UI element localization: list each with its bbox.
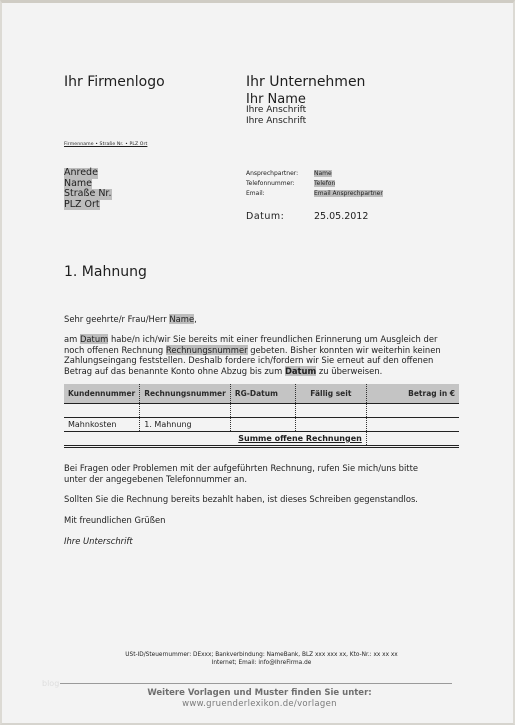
- contact-label: Telefonnummer:: [246, 179, 314, 189]
- para-text: unter der angegebenen Telefonnummer an.: [64, 474, 418, 485]
- footer-bank-details: USt-ID/Steuernummer: DExxx; Bankverbindu…: [64, 651, 459, 659]
- table-cell: [64, 432, 140, 447]
- table-cell: [140, 404, 231, 418]
- closing-phrase: Mit freundlichen Grüßen: [64, 515, 165, 525]
- contact-row: Telefonnummer:Telefon: [246, 179, 383, 189]
- date-value: 25.05.2012: [314, 211, 368, 222]
- salutation-name-placeholder: Name: [169, 314, 194, 324]
- document-footer: USt-ID/Steuernummer: DExxx; Bankverbindu…: [64, 651, 459, 667]
- table-cell: [295, 404, 366, 418]
- promo-url-link[interactable]: www.gruenderlexikon.de/vorlagen: [2, 699, 515, 709]
- table-sum-row: Summe offene Rechnungen: [64, 432, 459, 447]
- column-header-customer-number: Kundennummer: [64, 384, 140, 404]
- table-cell: [366, 404, 459, 418]
- already-paid-paragraph: Sollten Sie die Rechnung bereits bezahlt…: [64, 494, 418, 504]
- table-row: Mahnkosten 1. Mahnung: [64, 418, 459, 432]
- para-text: am: [64, 334, 80, 344]
- reminder-paragraph: am Datum habe/n ich/wir Sie bereits mit …: [64, 334, 441, 376]
- contact-value: Email Ansprechpartner: [314, 190, 383, 197]
- para-text: Bei Fragen oder Problemen mit der aufgef…: [64, 463, 418, 474]
- invoice-table: Kundennummer Rechnungsnummer RG-Datum Fä…: [64, 384, 459, 448]
- sender-address-line-2: Ihre Anschrift: [246, 116, 306, 126]
- contact-value: Telefon: [314, 180, 335, 187]
- date-label: Datum:: [246, 211, 314, 222]
- invoice-number-placeholder: Rechnungsnummer: [166, 345, 248, 355]
- company-name: Ihr Unternehmen: [246, 74, 365, 90]
- column-header-invoice-date: RG-Datum: [230, 384, 295, 404]
- column-header-invoice-number: Rechnungsnummer: [140, 384, 231, 404]
- table-cell: [230, 404, 295, 418]
- questions-paragraph: Bei Fragen oder Problemen mit der aufgef…: [64, 463, 418, 484]
- letter-title: 1. Mahnung: [64, 264, 147, 280]
- recipient-salutation: Anrede: [64, 168, 98, 179]
- sum-value: [366, 432, 459, 447]
- table-cell: [366, 418, 459, 432]
- contact-label: Email:: [246, 189, 314, 199]
- salutation-comma: ,: [194, 314, 197, 324]
- date-placeholder: Datum: [80, 334, 108, 344]
- company-logo-placeholder: Ihr Firmenlogo: [64, 74, 165, 90]
- letter-salutation: Sehr geehrte/r Frau/Herr Name,: [64, 314, 197, 324]
- para-text: habe/n ich/wir Sie bereits mit einer fre…: [108, 334, 437, 344]
- table-header-row: Kundennummer Rechnungsnummer RG-Datum Fä…: [64, 384, 459, 404]
- column-header-due-since: Fällig seit: [295, 384, 366, 404]
- sender-address-line-1: Ihre Anschrift: [246, 105, 306, 115]
- para-text: gebeten. Bisher konnten wir weiterhin ke…: [248, 345, 441, 355]
- footer-contact: Internet; Email: info@IhreFirma.de: [64, 659, 459, 667]
- contact-row: Ansprechpartner:Name: [246, 169, 383, 179]
- promo-headline: Weitere Vorlagen und Muster finden Sie u…: [2, 688, 515, 698]
- recipient-street: Straße Nr.: [64, 189, 112, 200]
- table-cell: [295, 418, 366, 432]
- document-page: Ihr Firmenlogo Ihr Unternehmen Ihr Name …: [0, 0, 515, 725]
- footer-divider: [60, 683, 452, 684]
- para-text: noch offenen Rechnung: [64, 345, 166, 355]
- recipient-city: PLZ Ort: [64, 200, 100, 211]
- salutation-text: Sehr geehrte/r Frau/Herr: [64, 314, 169, 324]
- table-cell: Mahnkosten: [64, 418, 140, 432]
- recipient-address: Anrede Name Straße Nr. PLZ Ort: [64, 168, 112, 210]
- para-text: Zahlungseingang feststellen. Deshalb for…: [64, 355, 433, 365]
- table-cell: [230, 418, 295, 432]
- sum-label: Summe offene Rechnungen: [140, 432, 367, 447]
- contact-row: Email:Email Ansprechpartner: [246, 189, 383, 199]
- contact-label: Ansprechpartner:: [246, 169, 314, 179]
- table-cell: [64, 404, 140, 418]
- contact-value: Name: [314, 170, 332, 177]
- para-text: Betrag auf das benannte Konto ohne Abzug…: [64, 366, 285, 376]
- date-row: Datum:25.05.2012: [246, 211, 368, 222]
- contact-block: Ansprechpartner:Name Telefonnummer:Telef…: [246, 169, 383, 199]
- signature-placeholder: Ihre Unterschrift: [64, 536, 133, 546]
- table-row: [64, 404, 459, 418]
- due-date-placeholder: Datum: [285, 366, 316, 376]
- blog-watermark: blog: [42, 679, 59, 688]
- sender-return-address: Firmenname • Straße Nr. • PLZ Ort: [64, 142, 147, 147]
- table-cell: 1. Mahnung: [140, 418, 231, 432]
- column-header-amount: Betrag in €: [366, 384, 459, 404]
- para-text: zu überweisen.: [316, 366, 382, 376]
